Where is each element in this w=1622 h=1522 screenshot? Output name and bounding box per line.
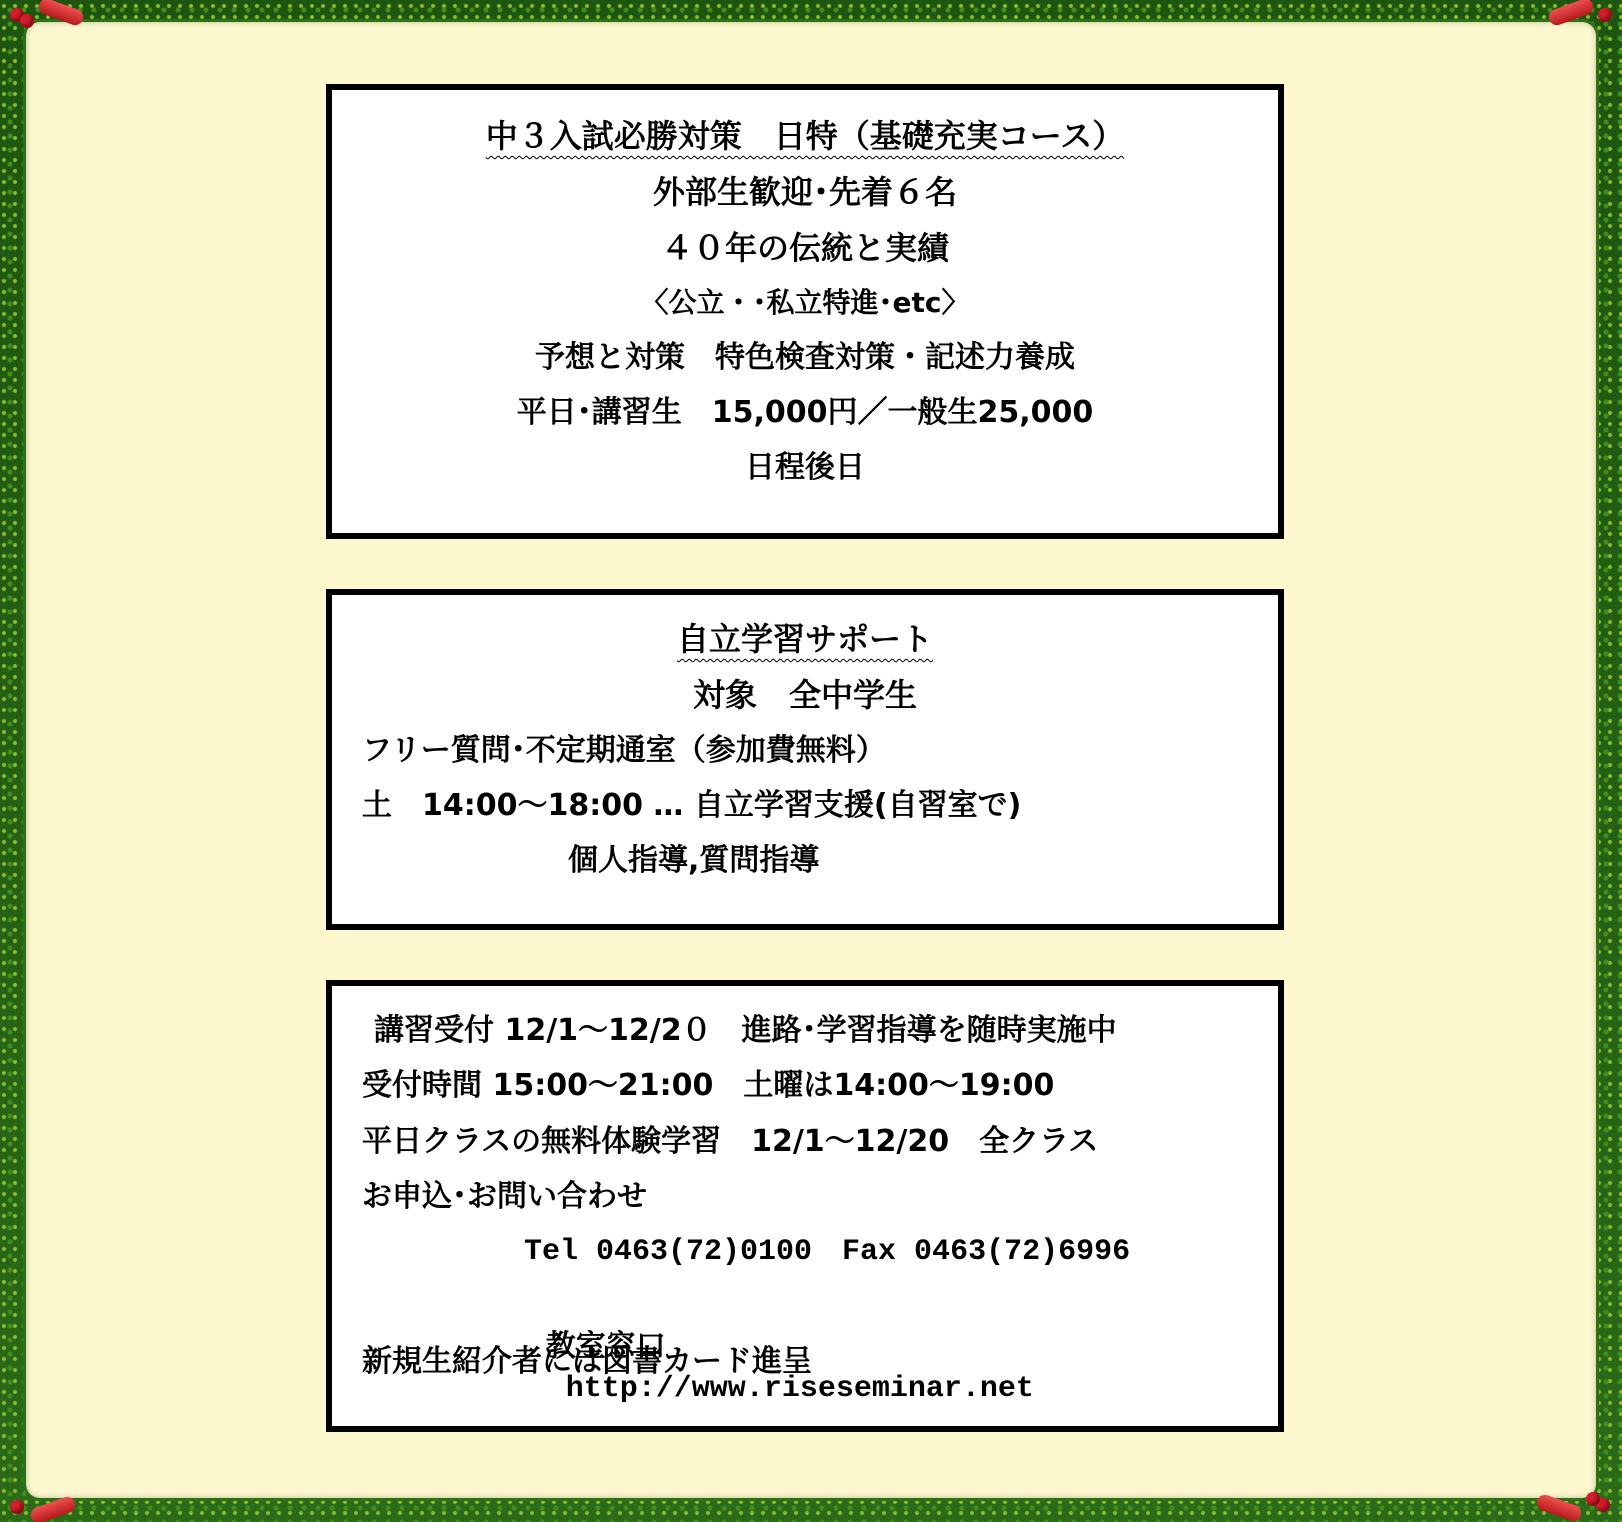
guidance-type: 個人指導,質問指導 <box>568 841 819 881</box>
course-title: 中３入試必勝対策 日特（基礎充実コース） <box>486 117 1124 155</box>
registration-contact-box: 講習受付 12/1～12/2０ 進路･学習指導を随時実施中 受付時間 15:00… <box>326 980 1284 1432</box>
schedule-note: 日程後日 <box>332 448 1278 488</box>
self-study-support-box: 自立学習サポート 対象 全中学生 フリー質問･不定期通室（参加費無料） 土 14… <box>326 589 1284 930</box>
tradition-text: ４０年の伝統と実績 <box>332 228 1278 268</box>
holly-corner-top-left-icon <box>0 0 60 60</box>
course-content: 予想と対策 特色検査対策・記述力養成 <box>332 338 1278 378</box>
phone-fax: Tel 0463(72)0100 Fax 0463(72)6996 <box>524 1232 1130 1272</box>
referral-gift: 新規生紹介者には図書カード進呈 <box>362 1342 812 1382</box>
holly-corner-top-right-icon <box>1562 0 1622 60</box>
holly-corner-bottom-left-icon <box>0 1462 60 1522</box>
course-fee: 平日･講習生 15,000円／一般生25,000 <box>332 393 1278 433</box>
school-types: 〈公立・･私立特進･etc〉 <box>332 283 1278 323</box>
registration-period: 講習受付 12/1～12/2０ 進路･学習指導を随時実施中 <box>374 1011 1117 1051</box>
support-title: 自立学習サポート <box>677 620 933 658</box>
free-trial: 平日クラスの無料体験学習 12/1～12/20 全クラス <box>362 1122 1098 1162</box>
target-students: 対象 全中学生 <box>332 675 1278 715</box>
outside-students-welcome: 外部生歓迎･先着６名 <box>332 172 1278 212</box>
reception-hours: 受付時間 15:00～21:00 土曜は14:00～19:00 <box>362 1066 1054 1106</box>
saturday-hours: 土 14:00～18:00 … 自立学習支援(自習室で) <box>362 786 1021 826</box>
winter-course-box: 中３入試必勝対策 日特（基礎充実コース） 外部生歓迎･先着６名 ４０年の伝統と実… <box>326 84 1284 539</box>
contact-heading: お申込･お問い合わせ <box>362 1177 647 1217</box>
holly-corner-bottom-right-icon <box>1562 1462 1622 1522</box>
free-questions: フリー質問･不定期通室（参加費無料） <box>362 731 886 771</box>
